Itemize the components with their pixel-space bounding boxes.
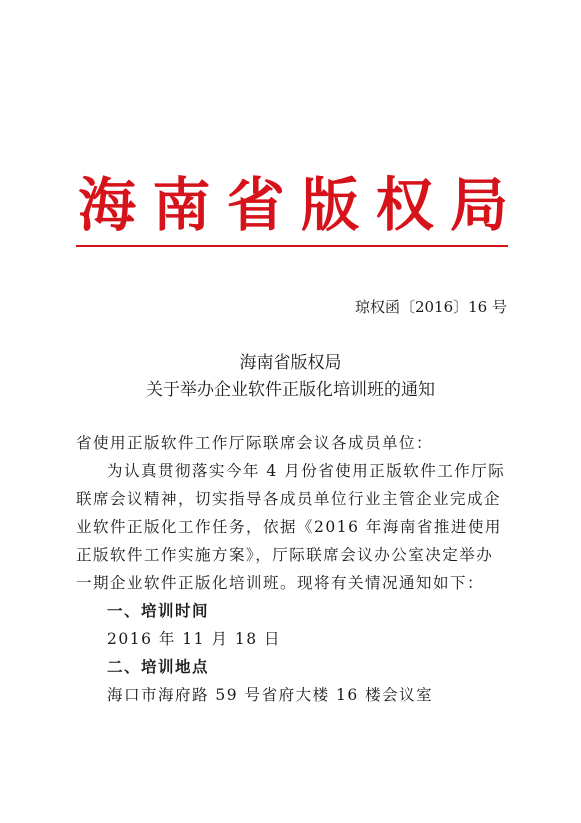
masthead: 海 南 省 版 权 局 (78, 170, 508, 240)
document-body: 省使用正版软件工作厅际联席会议各成员单位： 为认真贯彻落实今年 4 月份省使用正… (76, 429, 508, 709)
masthead-char: 海 (78, 176, 136, 234)
notice-title: 关于举办企业软件正版化培训班的通知 (0, 375, 581, 400)
salutation: 省使用正版软件工作厅际联席会议各成员单位： (76, 429, 508, 457)
section-content-time: 2016 年 11 月 18 日 (76, 625, 508, 653)
section-heading-location: 二、培训地点 (76, 653, 508, 681)
masthead-char: 局 (450, 176, 508, 234)
section-heading-time: 一、培训时间 (76, 597, 508, 625)
masthead-char: 版 (301, 176, 359, 234)
masthead-char: 权 (376, 176, 434, 234)
red-divider (76, 245, 508, 247)
document-number: 琼权函〔2016〕16 号 (355, 296, 507, 317)
masthead-char: 南 (152, 176, 210, 234)
main-paragraph: 为认真贯彻落实今年 4 月份省使用正版软件工作厅际联席会议精神，切实指导各成员单… (76, 457, 508, 597)
section-content-location: 海口市海府路 59 号省府大楼 16 楼会议室 (76, 681, 508, 709)
masthead-char: 省 (227, 176, 285, 234)
issuer-title: 海南省版权局 (0, 348, 581, 373)
